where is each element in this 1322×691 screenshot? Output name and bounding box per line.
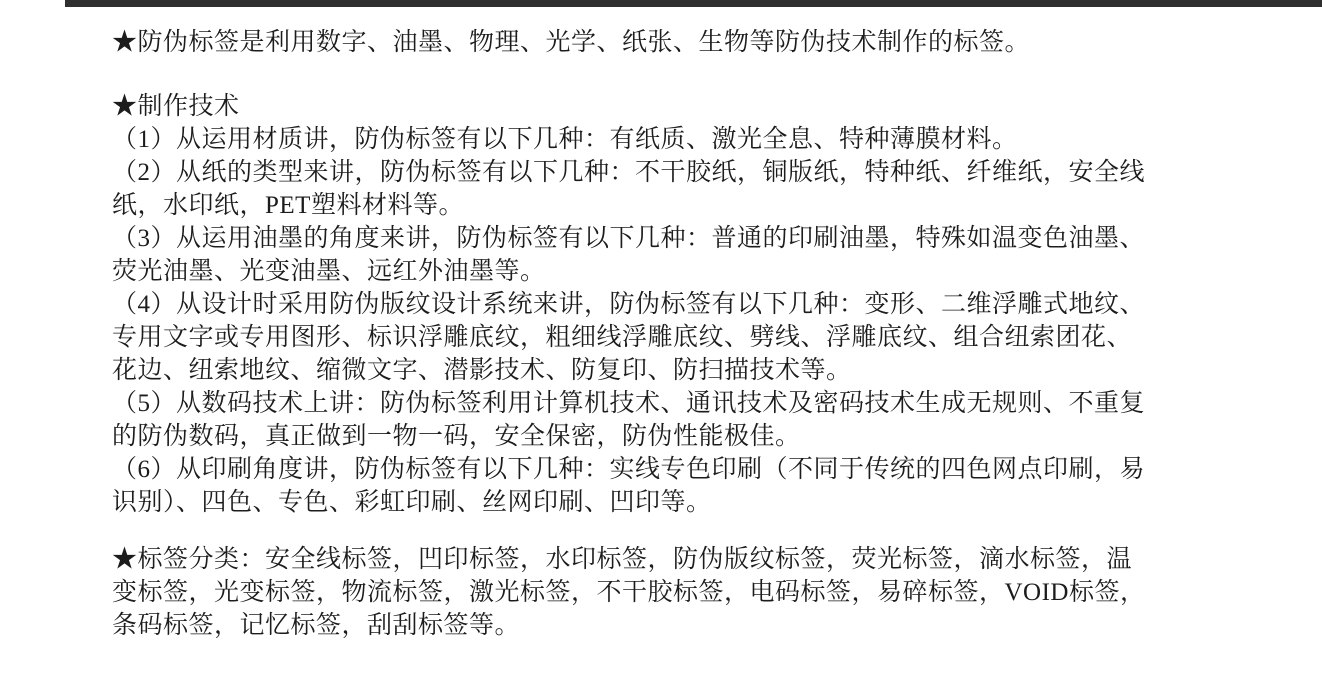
paragraph-intro-definition: ★防伪标签是利用数字、油墨、物理、光学、纸张、生物等防伪技术制作的标签。 bbox=[112, 26, 1282, 59]
document-content: ★防伪标签是利用数字、油墨、物理、光学、纸张、生物等防伪技术制作的标签。 ★制作… bbox=[112, 26, 1282, 642]
production-item-4-pattern-design: （4）从设计时采用防伪版纹设计系统来讲，防伪标签有以下几种：变形、二维浮雕式地纹… bbox=[112, 288, 1282, 387]
document-page: ★防伪标签是利用数字、油墨、物理、光学、纸张、生物等防伪技术制作的标签。 ★制作… bbox=[0, 0, 1322, 691]
production-item-6-printing: （6）从印刷角度讲，防伪标签有以下几种：实线专色印刷（不同于传统的四色网点印刷，… bbox=[112, 453, 1282, 519]
production-item-1-material: （1）从运用材质讲，防伪标签有以下几种：有纸质、激光全息、特种薄膜材料。 bbox=[112, 123, 1282, 156]
production-item-2-paper-type: （2）从纸的类型来讲，防伪标签有以下几种：不干胶纸，铜版纸，特种纸、纤维纸，安全… bbox=[112, 156, 1282, 222]
production-item-3-ink: （3）从运用油墨的角度来讲，防伪标签有以下几种：普通的印刷油墨，特殊如温变色油墨… bbox=[112, 222, 1282, 288]
production-item-5-digital-tech: （5）从数码技术上讲：防伪标签利用计算机技术、通讯技术及密码技术生成无规则、不重… bbox=[112, 387, 1282, 453]
heading-production-technology: ★制作技术 bbox=[112, 90, 1282, 123]
top-edge-bar bbox=[65, 0, 1322, 7]
paragraph-label-categories: ★标签分类：安全线标签，凹印标签，水印标签，防伪版纹标签，荧光标签，滴水标签，温… bbox=[112, 543, 1282, 642]
